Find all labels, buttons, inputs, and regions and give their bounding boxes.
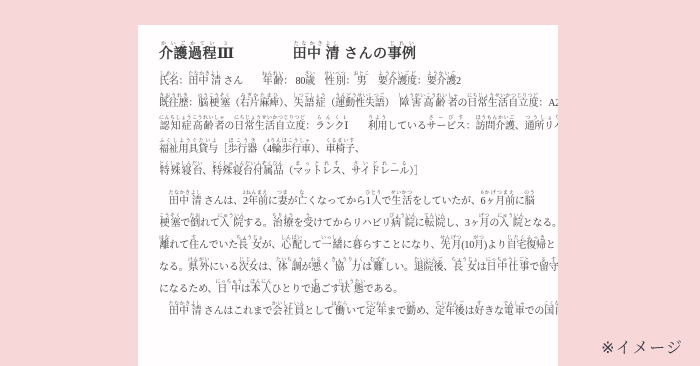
doc-line-services: 認知症高齢者にんちしょうこうれいしゃの日常生活自立度にちじょうせいかつじりつど：…: [159, 116, 538, 132]
document-content: 介護過程かいごかていⅢ3 田中 清たなかきよし さんの事例じれい氏名しめい：田中…: [159, 42, 538, 317]
doc-line-equipment-2: 特殊寝台とくしゅしんだい、特殊寝台付属品とくしゅしんだいふぞくひん（マットレスま…: [159, 162, 538, 177]
doc-body-line-6: 田中 清たなかきよし さんはこれまで会社員かいしゃいんとして働はたらいて定年てい…: [159, 302, 538, 317]
doc-body-line-1: 田中 清たなかきよし さんは、2年前2ねんまえに妻つまが亡なくなってから1人ひと…: [159, 191, 538, 207]
doc-line-equipment-1: 福祉用具貸与ふくしようぐたいよ［歩行器ほこうき（4輪歩行車4りんほこうしゃ）、車…: [159, 139, 538, 155]
doc-line-profile: 氏名しめい：田中 清たなかきよし さん 年齢ねんれい： 80歳さい 性別せいべつ…: [159, 72, 538, 87]
doc-body-line-3: 離はなれて住すんでいた長女ちょうじょが、心配しんぱいして一緒いっしょに暮くらすこ…: [159, 236, 538, 251]
doc-line-history: 既往歴きおうれき：脳梗塞のうこうそく（右片麻痺みぎかたまひ）、失語症しつごしょう…: [159, 94, 538, 109]
doc-body-line-4: なる。県外けんがいにいる次女じじょは、体調たいちょうが悪わるく 協力きょうりょく…: [159, 258, 538, 273]
page-background: 介護過程かいごかていⅢ3 田中 清たなかきよし さんの事例じれい氏名しめい：田中…: [0, 0, 700, 366]
doc-body-line-5: になるため、日中にっちゅうは本人ほんにんひとりで過すごす状態じょうたいである。: [159, 280, 538, 295]
doc-body-line-2: 梗塞こうそくで倒たおれて入院にゅういんする。治療ちりょうを受うけてからリハビリ病…: [159, 214, 538, 229]
doc-title: 介護過程かいごかていⅢ3 田中 清たなかきよし さんの事例じれい: [159, 42, 538, 62]
image-caption: ※イメージ: [601, 335, 683, 358]
document-paper: 介護過程かいごかていⅢ3 田中 清たなかきよし さんの事例じれい氏名しめい：田中…: [138, 25, 558, 366]
